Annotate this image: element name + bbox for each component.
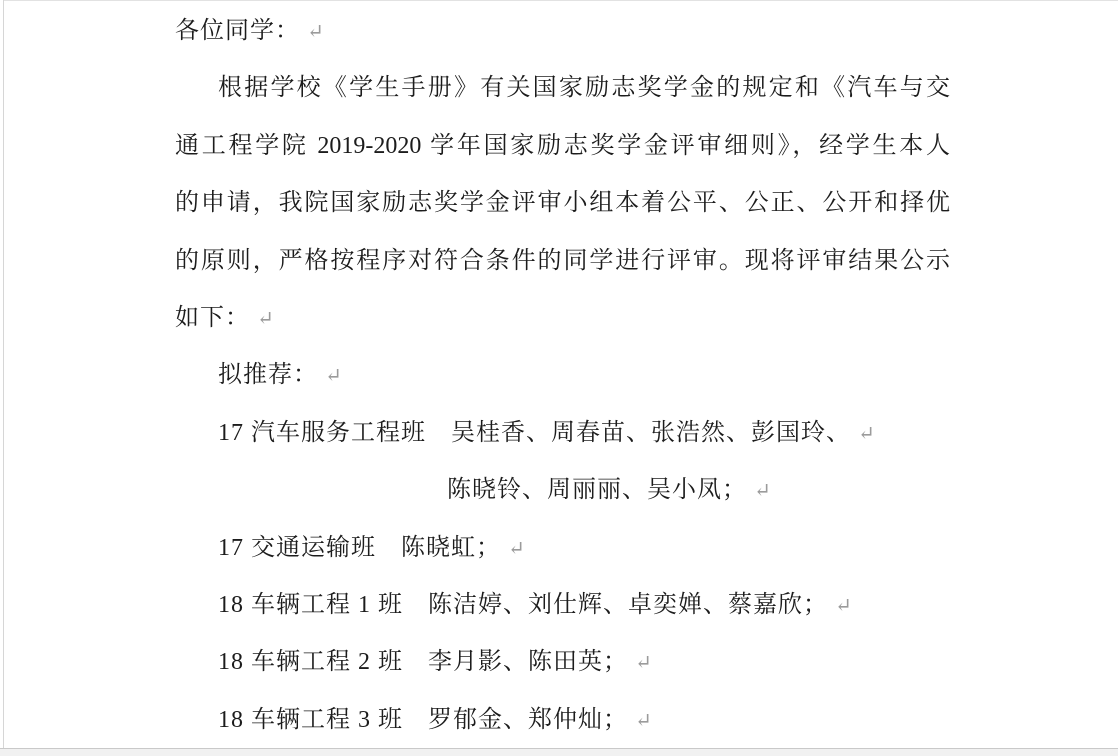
- text-line: 18 车辆工程 3 班 罗郁金、郑仲灿；↵: [4, 692, 1118, 748]
- line-text: 拟推荐：: [218, 362, 318, 388]
- pilcrow-mark-icon: ↵: [325, 365, 342, 387]
- pilcrow-mark-icon: ↵: [835, 595, 852, 617]
- line-text: 18 车辆工程 2 班 李月影、陈田英；: [218, 649, 628, 675]
- text-line: 如下：↵: [4, 290, 1118, 347]
- pilcrow-mark-icon: ↵: [635, 710, 652, 732]
- document-page: 各位同学：↵ 根据学校《学生手册》有关国家励志奖学金的规定和《汽车与交 通工程学…: [4, 0, 1118, 748]
- pilcrow-mark-icon: ↵: [754, 480, 771, 502]
- text-line: 通工程学院 2019-2020 学年国家励志奖学金评审细则》，经学生本人: [4, 118, 950, 175]
- text-line: 各位同学：↵: [4, 3, 1118, 60]
- line-text: 通工程学院 2019-2020 学年国家励志奖学金评审细则》，经学生本人: [175, 133, 950, 159]
- pilcrow-mark-icon: ↵: [257, 308, 274, 330]
- horizontal-scrollbar[interactable]: [0, 748, 1118, 756]
- text-line: 的原则，严格按程序对符合条件的同学进行评审。现将评审结果公示: [4, 233, 950, 290]
- text-line: 根据学校《学生手册》有关国家励志奖学金的规定和《汽车与交: [4, 60, 950, 117]
- text-line: 17 交通运输班 陈晓虹；↵: [4, 520, 1118, 577]
- line-text: 18 车辆工程 3 班 罗郁金、郑仲灿；: [218, 707, 628, 733]
- page-left-edge: [3, 0, 4, 748]
- text-line: 18 车辆工程 1 班 陈洁婷、刘仕辉、卓奕婵、蔡嘉欣；↵: [4, 577, 1118, 634]
- pilcrow-mark-icon: ↵: [858, 423, 875, 445]
- pilcrow-mark-icon: ↵: [508, 538, 525, 560]
- line-text: 17 交通运输班 陈晓虹；: [218, 535, 501, 561]
- page-top-edge: [3, 0, 1118, 1]
- line-text: 17 汽车服务工程班 吴桂香、周春苗、张浩然、彭国玲、: [218, 420, 851, 446]
- text-line: 拟推荐：↵: [4, 347, 1118, 404]
- text-line: 17 汽车服务工程班 吴桂香、周春苗、张浩然、彭国玲、↵: [4, 405, 1118, 462]
- text-line: 陈晓铃、周丽丽、吴小凤；↵: [4, 462, 1118, 519]
- line-text: 的原则，严格按程序对符合条件的同学进行评审。现将评审结果公示: [175, 248, 950, 274]
- pilcrow-mark-icon: ↵: [635, 652, 652, 674]
- line-text: 根据学校《学生手册》有关国家励志奖学金的规定和《汽车与交: [218, 75, 950, 101]
- line-text: 陈晓铃、周丽丽、吴小凤；: [447, 477, 747, 503]
- text-line: 18 车辆工程 2 班 李月影、陈田英；↵: [4, 634, 1118, 691]
- line-text: 如下：: [175, 305, 250, 331]
- line-text: 18 车辆工程 1 班 陈洁婷、刘仕辉、卓奕婵、蔡嘉欣；: [218, 592, 828, 618]
- pilcrow-mark-icon: ↵: [307, 21, 324, 43]
- line-text: 的申请，我院国家励志奖学金评审小组本着公平、公正、公开和择优: [175, 190, 950, 216]
- text-line: 的申请，我院国家励志奖学金评审小组本着公平、公正、公开和择优: [4, 175, 950, 232]
- line-text: 各位同学：: [175, 18, 300, 44]
